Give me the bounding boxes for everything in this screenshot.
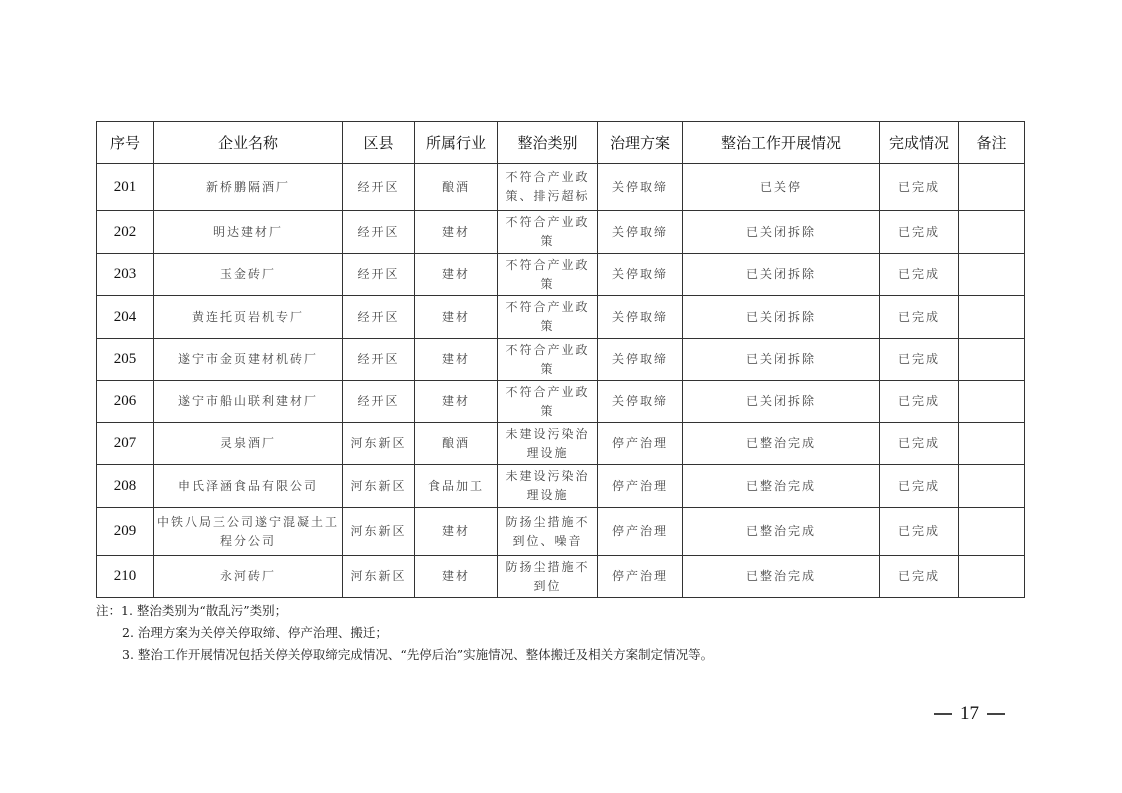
cell-district: 河东新区 bbox=[343, 556, 415, 598]
cell-no: 201 bbox=[97, 164, 154, 211]
cell-category: 防扬尘措施不到位、噪音 bbox=[498, 508, 598, 556]
table-header-row: 序号 企业名称 区县 所属行业 整治类别 治理方案 整治工作开展情况 完成情况 … bbox=[97, 122, 1025, 164]
cell-progress: 已整治完成 bbox=[683, 508, 880, 556]
page-number: 17 bbox=[934, 703, 1005, 725]
cell-name: 明达建材厂 bbox=[154, 211, 343, 254]
table-row: 210永河砖厂河东新区建材防扬尘措施不到位停产治理已整治完成已完成 bbox=[97, 556, 1025, 598]
cell-name: 永河砖厂 bbox=[154, 556, 343, 598]
header-district: 区县 bbox=[343, 122, 415, 164]
cell-name: 灵泉酒厂 bbox=[154, 423, 343, 465]
cell-progress: 已整治完成 bbox=[683, 423, 880, 465]
table-row: 204黄连托页岩机专厂经开区建材不符合产业政策关停取缔已关闭拆除已完成 bbox=[97, 296, 1025, 339]
header-no: 序号 bbox=[97, 122, 154, 164]
header-remark: 备注 bbox=[959, 122, 1025, 164]
cell-name: 中铁八局三公司遂宁混凝土工程分公司 bbox=[154, 508, 343, 556]
cell-plan: 关停取缔 bbox=[598, 381, 683, 423]
cell-name: 黄连托页岩机专厂 bbox=[154, 296, 343, 339]
cell-plan: 停产治理 bbox=[598, 508, 683, 556]
cell-progress: 已关闭拆除 bbox=[683, 296, 880, 339]
cell-status: 已完成 bbox=[880, 339, 959, 381]
header-industry: 所属行业 bbox=[415, 122, 498, 164]
cell-name: 遂宁市金页建材机砖厂 bbox=[154, 339, 343, 381]
page-number-value: 17 bbox=[960, 703, 979, 725]
note-2: 2. 治理方案为关停关停取缔、停产治理、搬迁； bbox=[96, 622, 713, 644]
cell-remark bbox=[959, 254, 1025, 296]
cell-no: 205 bbox=[97, 339, 154, 381]
cell-no: 210 bbox=[97, 556, 154, 598]
header-progress: 整治工作开展情况 bbox=[683, 122, 880, 164]
cell-plan: 停产治理 bbox=[598, 465, 683, 508]
cell-plan: 关停取缔 bbox=[598, 339, 683, 381]
cell-name: 申氏泽涵食品有限公司 bbox=[154, 465, 343, 508]
header-name: 企业名称 bbox=[154, 122, 343, 164]
note-3: 3. 整治工作开展情况包括关停关停取缔完成情况、“先停后治”实施情况、整体搬迁及… bbox=[96, 644, 713, 666]
table-row: 206遂宁市船山联利建材厂经开区建材不符合产业政策关停取缔已关闭拆除已完成 bbox=[97, 381, 1025, 423]
note-1: 注：1. 整治类别为“散乱污”类别； bbox=[96, 600, 713, 622]
cell-no: 208 bbox=[97, 465, 154, 508]
cell-plan: 关停取缔 bbox=[598, 254, 683, 296]
cell-district: 经开区 bbox=[343, 164, 415, 211]
cell-remark bbox=[959, 508, 1025, 556]
cell-name: 遂宁市船山联利建材厂 bbox=[154, 381, 343, 423]
cell-status: 已完成 bbox=[880, 423, 959, 465]
cell-progress: 已关闭拆除 bbox=[683, 381, 880, 423]
cell-remark bbox=[959, 556, 1025, 598]
cell-name: 玉金砖厂 bbox=[154, 254, 343, 296]
cell-industry: 建材 bbox=[415, 296, 498, 339]
cell-district: 经开区 bbox=[343, 254, 415, 296]
cell-category: 未建设污染治理设施 bbox=[498, 465, 598, 508]
cell-status: 已完成 bbox=[880, 556, 959, 598]
cell-category: 不符合产业政策 bbox=[498, 296, 598, 339]
cell-status: 已完成 bbox=[880, 381, 959, 423]
cell-industry: 建材 bbox=[415, 556, 498, 598]
cell-status: 已完成 bbox=[880, 211, 959, 254]
cell-status: 已完成 bbox=[880, 254, 959, 296]
header-plan: 治理方案 bbox=[598, 122, 683, 164]
cell-progress: 已关闭拆除 bbox=[683, 339, 880, 381]
cell-plan: 停产治理 bbox=[598, 423, 683, 465]
table-row: 203玉金砖厂经开区建材不符合产业政策关停取缔已关闭拆除已完成 bbox=[97, 254, 1025, 296]
cell-progress: 已整治完成 bbox=[683, 465, 880, 508]
cell-industry: 食品加工 bbox=[415, 465, 498, 508]
cell-remark bbox=[959, 381, 1025, 423]
cell-progress: 已关停 bbox=[683, 164, 880, 211]
cell-industry: 酿酒 bbox=[415, 164, 498, 211]
cell-category: 不符合产业政策 bbox=[498, 381, 598, 423]
cell-category: 防扬尘措施不到位 bbox=[498, 556, 598, 598]
cell-remark bbox=[959, 211, 1025, 254]
cell-status: 已完成 bbox=[880, 465, 959, 508]
table-row: 208申氏泽涵食品有限公司河东新区食品加工未建设污染治理设施停产治理已整治完成已… bbox=[97, 465, 1025, 508]
cell-district: 河东新区 bbox=[343, 465, 415, 508]
cell-progress: 已关闭拆除 bbox=[683, 254, 880, 296]
cell-remark bbox=[959, 423, 1025, 465]
table-row: 205遂宁市金页建材机砖厂经开区建材不符合产业政策关停取缔已关闭拆除已完成 bbox=[97, 339, 1025, 381]
cell-industry: 建材 bbox=[415, 381, 498, 423]
cell-district: 经开区 bbox=[343, 211, 415, 254]
cell-plan: 关停取缔 bbox=[598, 164, 683, 211]
cell-no: 206 bbox=[97, 381, 154, 423]
cell-remark bbox=[959, 164, 1025, 211]
cell-progress: 已整治完成 bbox=[683, 556, 880, 598]
cell-industry: 酿酒 bbox=[415, 423, 498, 465]
cell-no: 203 bbox=[97, 254, 154, 296]
cell-category: 不符合产业政策 bbox=[498, 254, 598, 296]
cell-industry: 建材 bbox=[415, 508, 498, 556]
cell-remark bbox=[959, 296, 1025, 339]
cell-category: 未建设污染治理设施 bbox=[498, 423, 598, 465]
enterprise-remediation-table: 序号 企业名称 区县 所属行业 整治类别 治理方案 整治工作开展情况 完成情况 … bbox=[96, 121, 1025, 598]
cell-no: 202 bbox=[97, 211, 154, 254]
cell-industry: 建材 bbox=[415, 211, 498, 254]
cell-district: 河东新区 bbox=[343, 423, 415, 465]
cell-district: 经开区 bbox=[343, 339, 415, 381]
dash-left bbox=[934, 713, 952, 715]
table-row: 209中铁八局三公司遂宁混凝土工程分公司河东新区建材防扬尘措施不到位、噪音停产治… bbox=[97, 508, 1025, 556]
table-row: 202明达建材厂经开区建材不符合产业政策关停取缔已关闭拆除已完成 bbox=[97, 211, 1025, 254]
cell-progress: 已关闭拆除 bbox=[683, 211, 880, 254]
cell-no: 207 bbox=[97, 423, 154, 465]
cell-industry: 建材 bbox=[415, 254, 498, 296]
cell-remark bbox=[959, 339, 1025, 381]
cell-district: 河东新区 bbox=[343, 508, 415, 556]
cell-no: 209 bbox=[97, 508, 154, 556]
cell-remark bbox=[959, 465, 1025, 508]
cell-district: 经开区 bbox=[343, 296, 415, 339]
cell-category: 不符合产业政策 bbox=[498, 211, 598, 254]
cell-district: 经开区 bbox=[343, 381, 415, 423]
cell-industry: 建材 bbox=[415, 339, 498, 381]
table-row: 207灵泉酒厂河东新区酿酒未建设污染治理设施停产治理已整治完成已完成 bbox=[97, 423, 1025, 465]
table-notes: 注：1. 整治类别为“散乱污”类别； 2. 治理方案为关停关停取缔、停产治理、搬… bbox=[96, 600, 713, 666]
cell-category: 不符合产业政策 bbox=[498, 339, 598, 381]
table-row: 201新桥鹏隔酒厂经开区酿酒不符合产业政策、排污超标关停取缔已关停已完成 bbox=[97, 164, 1025, 211]
cell-category: 不符合产业政策、排污超标 bbox=[498, 164, 598, 211]
header-status: 完成情况 bbox=[880, 122, 959, 164]
cell-status: 已完成 bbox=[880, 164, 959, 211]
cell-status: 已完成 bbox=[880, 508, 959, 556]
cell-name: 新桥鹏隔酒厂 bbox=[154, 164, 343, 211]
cell-plan: 关停取缔 bbox=[598, 296, 683, 339]
cell-plan: 关停取缔 bbox=[598, 211, 683, 254]
cell-no: 204 bbox=[97, 296, 154, 339]
header-category: 整治类别 bbox=[498, 122, 598, 164]
cell-plan: 停产治理 bbox=[598, 556, 683, 598]
cell-status: 已完成 bbox=[880, 296, 959, 339]
dash-right bbox=[987, 713, 1005, 715]
